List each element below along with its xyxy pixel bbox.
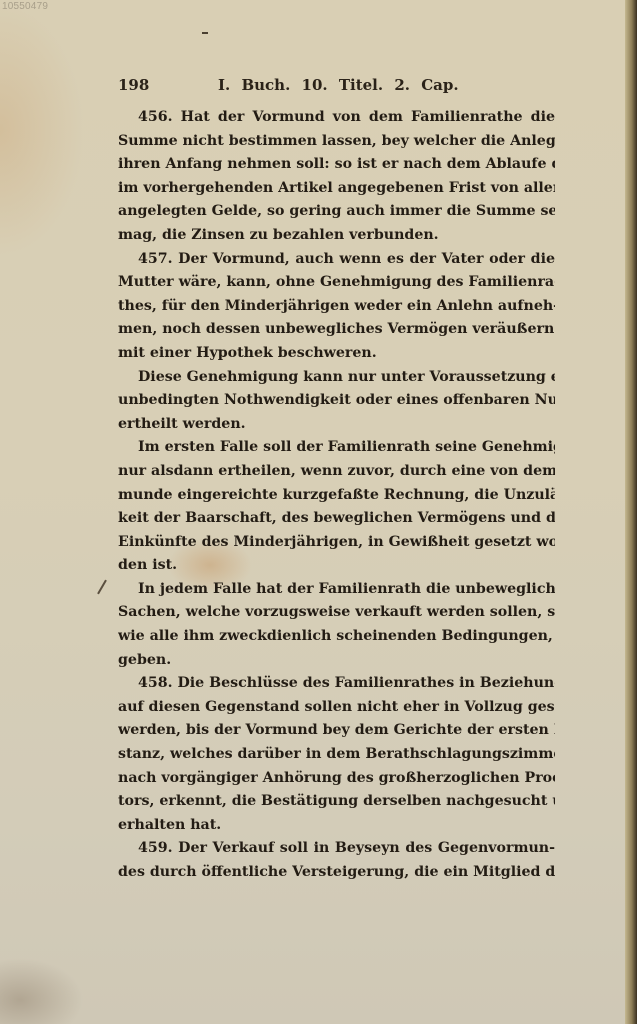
text-line: munde eingereichte kurzgefaßte Rechnung,… (118, 484, 555, 508)
text-line: In jedem Falle hat der Familienrath die … (118, 578, 555, 602)
text-line: 458. Die Beschlüsse des Familienrathes i… (118, 672, 555, 696)
text-line: tors, erkennt, die Bestätigung derselben… (118, 790, 555, 814)
text-line: erhalten hat. (118, 814, 555, 838)
text-line: Sachen, welche vorzugsweise verkauft wer… (118, 601, 555, 625)
page-header: 198 I. Buch. 10. Titel. 2. Cap. (118, 76, 558, 98)
text-line: Diese Genehmigung kann nur unter Vorauss… (118, 366, 555, 390)
text-line: 456. Hat der Vormund von dem Familienrat… (118, 106, 555, 130)
text-line: Im ersten Falle soll der Familienrath se… (118, 436, 555, 460)
body-text: 456. Hat der Vormund von dem Familienrat… (118, 106, 555, 885)
running-head: I. Buch. 10. Titel. 2. Cap. (218, 76, 459, 94)
text-line: stanz, welches darüber in dem Berathschl… (118, 743, 555, 767)
text-line: nur alsdann ertheilen, wenn zuvor, durch… (118, 460, 555, 484)
text-line: im vorhergehenden Artikel angegebenen Fr… (118, 177, 555, 201)
text-line: des durch öffentliche Versteigerung, die… (118, 861, 555, 885)
text-line: Mutter wäre, kann, ohne Genehmigung des … (118, 271, 555, 295)
text-line: ertheilt werden. (118, 413, 555, 437)
text-line: men, noch dessen unbewegliches Vermögen … (118, 318, 555, 342)
text-line: mag, die Zinsen zu bezahlen verbunden. (118, 224, 555, 248)
text-line: auf diesen Gegenstand sollen nicht eher … (118, 696, 555, 720)
book-page: 10550479 198 I. Buch. 10. Titel. 2. Cap.… (0, 0, 637, 1024)
text-line: den ist. (118, 554, 555, 578)
text-line: wie alle ihm zweckdienlich scheinenden B… (118, 625, 555, 649)
page-number: 198 (118, 76, 149, 94)
text-line: 457. Der Vormund, auch wenn es der Vater… (118, 248, 555, 272)
book-spine-edge (625, 0, 637, 1024)
text-line: angelegten Gelde, so gering auch immer d… (118, 200, 555, 224)
text-line: thes, für den Minderjährigen weder ein A… (118, 295, 555, 319)
scan-id-watermark: 10550479 (2, 1, 48, 12)
ink-speck (202, 32, 208, 34)
text-line: mit einer Hypothek beschweren. (118, 342, 555, 366)
text-line: geben. (118, 649, 555, 673)
text-line: keit der Baarschaft, des beweglichen Ver… (118, 507, 555, 531)
text-line: ihren Anfang nehmen soll: so ist er nach… (118, 153, 555, 177)
text-line: Summe nicht bestimmen lassen, bey welche… (118, 130, 555, 154)
margin-pencil-mark (97, 580, 107, 595)
text-line: Einkünfte des Minderjährigen, in Gewißhe… (118, 531, 555, 555)
text-line: 459. Der Verkauf soll in Beyseyn des Geg… (118, 837, 555, 861)
text-line: nach vorgängiger Anhörung des großherzog… (118, 767, 555, 791)
text-line: werden, bis der Vormund bey dem Gerichte… (118, 719, 555, 743)
text-line: unbedingten Nothwendigkeit oder eines of… (118, 389, 555, 413)
